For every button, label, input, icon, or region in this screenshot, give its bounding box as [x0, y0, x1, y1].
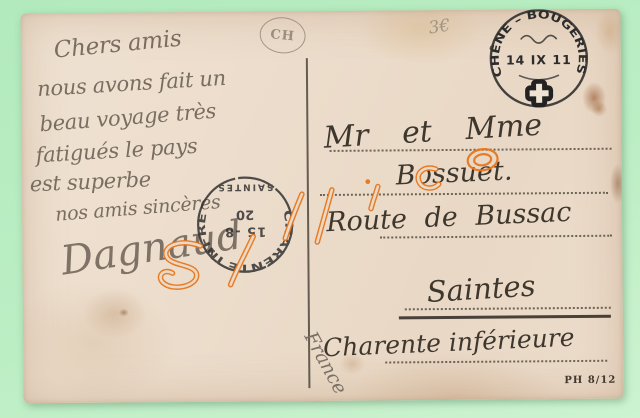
postcard-back: PH 8/12 Chers amis nous avons fait un be…	[20, 9, 623, 404]
postcard-photo: PH 8/12 Chers amis nous avons fait un be…	[0, 0, 640, 418]
orange-dealer-marks	[20, 9, 623, 404]
